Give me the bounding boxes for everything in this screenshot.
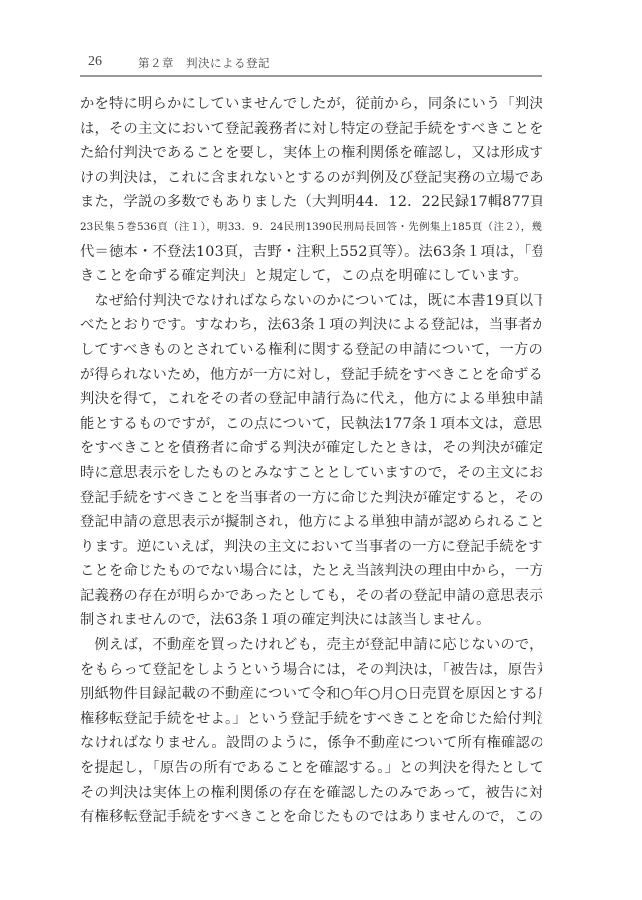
paragraph-start: なぜ給付判決でなければならないのかについては，既に本書19頁以下に述 xyxy=(80,289,542,314)
text-line: してすべきものとされている権利に関する登記の申請について，一方の協力 xyxy=(80,338,542,363)
paragraph-start: 例えば，不動産を買ったけれども，売主が登記申請に応じないので，判決 xyxy=(80,633,542,658)
text-line: べたとおりです。すなわち，法63条１項の判決による登記は，当事者が共同 xyxy=(80,313,542,338)
text-line: なければなりません。設問のように，係争不動産について所有権確認の訴え xyxy=(80,731,542,756)
text-line-citation: 23民集５巻536頁（注１），明33．9．24民刑1390民刑局長回答・先例集上… xyxy=(80,215,542,240)
text-line: 能とするものですが，この点について，民執法177条１項本文は，意思表示 xyxy=(80,412,542,437)
text-line: をすべきことを債務者に命ずる判決が確定したときは，その判決が確定した xyxy=(80,436,542,461)
body-text: かを特に明らかにしていませんでしたが，従前から，同条にいう「判決」 は，その主文… xyxy=(80,92,542,830)
text-line-citation: 代＝徳本・不登法103頁，吉野・注釈上552頁等）。法63条１項は，「登記手続を… xyxy=(80,240,542,265)
text-line: 時に意思表示をしたものとみなすこととしていますので，その主文において xyxy=(80,461,542,486)
text-line: をもらって登記をしようという場合には，その判決は，「被告は，原告対し， xyxy=(80,658,542,683)
page-number: 26 xyxy=(88,54,102,70)
text-line: が得られないため，他方が一方に対し，登記手続をすべきことを命ずる確定 xyxy=(80,363,542,388)
text-line: 有権移転登記手続をすべきことを命じたものではありませんので，この判決 xyxy=(80,805,542,830)
text-line: 別紙物件目録記載の不動産について令和○年○月○日売買を原因とする所有 xyxy=(80,682,542,707)
text-line: かを特に明らかにしていませんでしたが，従前から，同条にいう「判決」 xyxy=(80,92,542,117)
text-line: 登記申請の意思表示が擬制され，他方による単独申請が認められることにな xyxy=(80,510,542,535)
text-line: けの判決は，これに含まれないとするのが判例及び登記実務の立場であり， xyxy=(80,166,542,191)
text-line: 制されませんので，法63条１項の確定判決には該当しません。 xyxy=(80,608,542,633)
header-rule xyxy=(80,75,542,77)
text-line: ります。逆にいえば，判決の主文において当事者の一方に登記手続をすべき xyxy=(80,535,542,560)
text-line: その判決は実体上の権利関係の存在を確認したのみであって，被告に対し所 xyxy=(80,781,542,806)
text-line: 判決を得て，これをその者の登記申請行為に代え，他方による単独申請を可 xyxy=(80,387,542,412)
text-line: た給付判決であることを要し，実体上の権利関係を確認し，又は形成するだ xyxy=(80,141,542,166)
running-header: 26 第２章 判決による登記 xyxy=(80,52,542,76)
text-line: 登記手続をすべきことを当事者の一方に命じた判決が確定すると，その者の xyxy=(80,486,542,511)
running-title: 第２章 判決による登記 xyxy=(138,55,270,71)
text-line: ことを命じたものでない場合には，たとえ当該判決の理由中から，一方の登 xyxy=(80,559,542,584)
text-line-citation: また，学説の多数でもありました（大判明44．12．22民録17輯877頁，大判大… xyxy=(80,190,542,215)
text-line: 記義務の存在が明らかであったとしても，その者の登記申請の意思表示は擬 xyxy=(80,584,542,609)
text-line: は，その主文において登記義務者に対し特定の登記手続をすべきことを命じ xyxy=(80,117,542,142)
text-line: を提起し，「原告の所有であることを確認する。」との判決を得たとしても， xyxy=(80,756,542,781)
text-line: きことを命ずる確定判決」と規定して，この点を明確にしています。 xyxy=(80,264,542,289)
text-line: 権移転登記手続をせよ。」という登記手続をすべきことを命じた給付判決で xyxy=(80,707,542,732)
